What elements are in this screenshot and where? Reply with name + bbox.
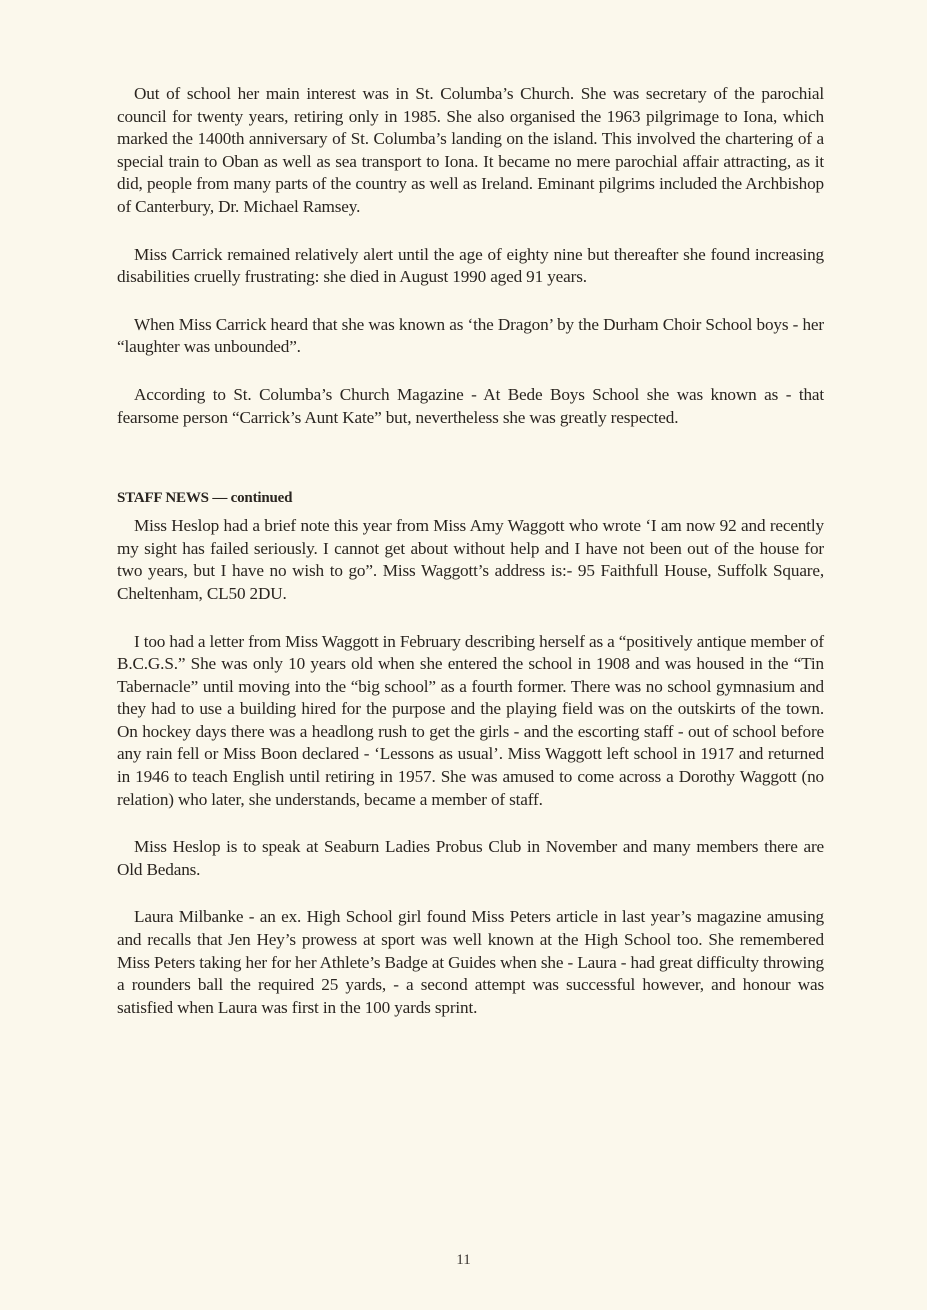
document-page: Out of school her main interest was in S… bbox=[117, 83, 824, 1019]
section-heading: STAFF NEWS — continued bbox=[117, 487, 824, 509]
paragraph-waggott-letter: I too had a letter from Miss Waggott in … bbox=[117, 631, 824, 812]
paragraph-waggott-note: Miss Heslop had a brief note this year f… bbox=[117, 515, 824, 605]
paragraph-dragon-nickname: When Miss Carrick heard that she was kno… bbox=[117, 314, 824, 359]
page-number: 11 bbox=[0, 1252, 927, 1269]
paragraph-church-magazine: According to St. Columba’s Church Magazi… bbox=[117, 384, 824, 429]
paragraph-later-years: Miss Carrick remained relatively alert u… bbox=[117, 244, 824, 289]
paragraph-church-work: Out of school her main interest was in S… bbox=[117, 83, 824, 219]
paragraph-probus-club: Miss Heslop is to speak at Seaburn Ladie… bbox=[117, 836, 824, 881]
paragraph-laura-milbanke: Laura Milbanke - an ex. High School girl… bbox=[117, 906, 824, 1019]
